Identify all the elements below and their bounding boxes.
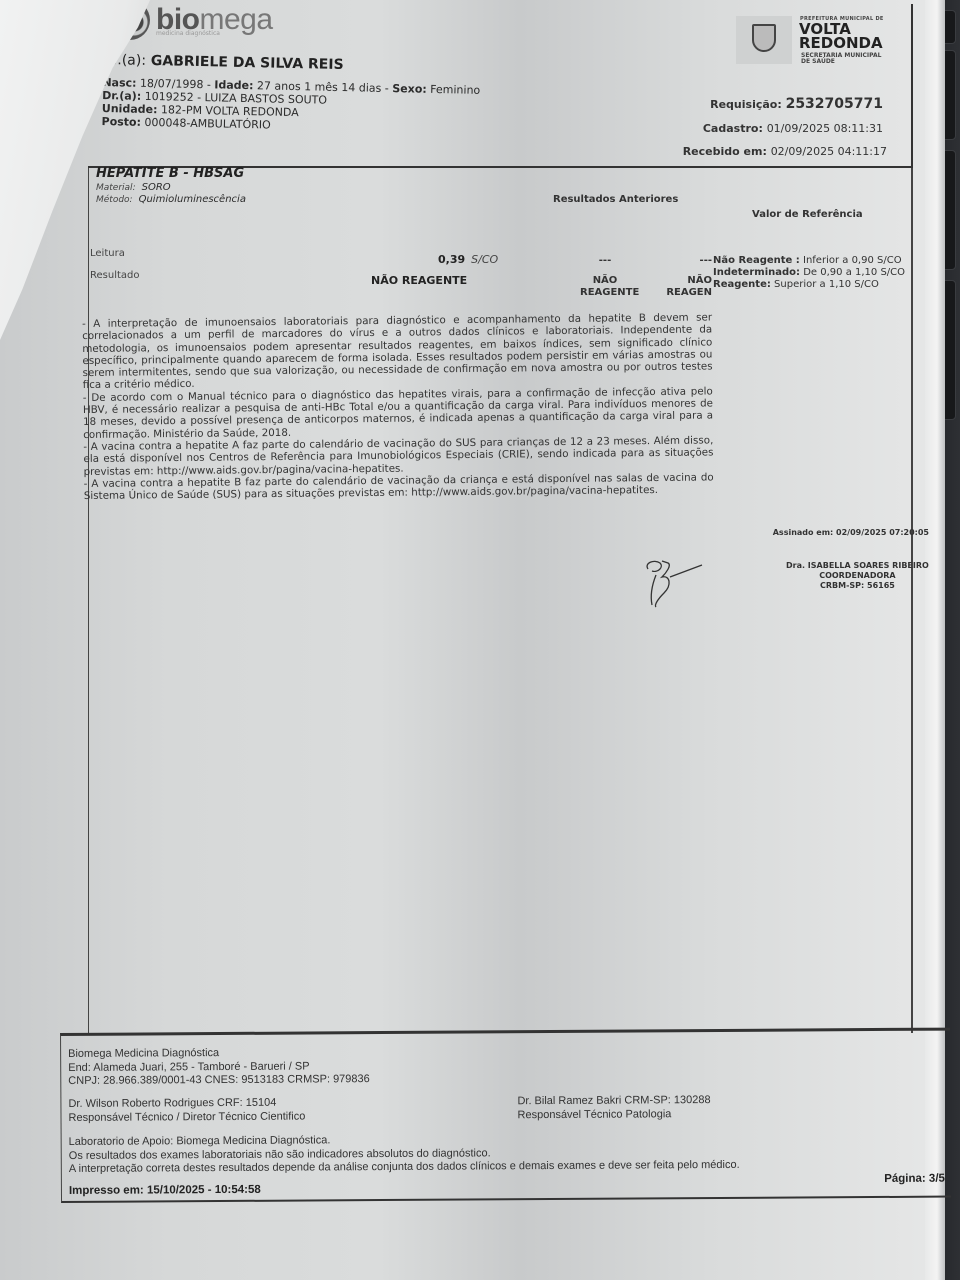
- reference-value: De 0,90 a 1,10 S/CO: [803, 267, 905, 278]
- doctor-role: COORDENADORA: [786, 571, 929, 581]
- previous-reading-1: ---: [580, 255, 630, 267]
- reading-number: 0,39: [438, 253, 465, 266]
- handwritten-signature-icon: [640, 555, 710, 611]
- responsible-1-role: Responsável Técnico / Diretor Técnico Ci…: [68, 1110, 305, 1125]
- note-paragraph: - De acordo com o Manual técnico para o …: [83, 385, 713, 441]
- method-value: Quimioluminescência: [139, 194, 246, 205]
- disclaimers: Laboratorio de Apoio: Biomega Medicina D…: [69, 1132, 740, 1177]
- responsible-1: Dr. Wilson Roberto Rodrigues CRF: 15104 …: [68, 1097, 305, 1125]
- footer: Biomega Medicina Diagnóstica End: Alamed…: [60, 1028, 951, 1203]
- note-paragraph: - A interpretação de imunoensaios labora…: [82, 311, 713, 391]
- logo-subtitle: medicina diagnóstica: [156, 30, 220, 37]
- registration-value: 01/09/2025 08:11:31: [767, 122, 883, 135]
- lab-report-page: biomega medicina diagnóstica Sr.(a): GAB…: [0, 0, 945, 1280]
- responsible-2-role: Responsável Técnico Patologia: [517, 1108, 710, 1123]
- reading-label: Leitura: [90, 248, 125, 259]
- result-value: NÃO REAGENTE: [371, 274, 467, 287]
- nasc-value: 18/07/1998: [140, 77, 204, 91]
- doctor-registration: CRBM-SP: 56165: [786, 581, 929, 591]
- reference-row: Indeterminado: De 0,90 a 1,10 S/CO: [713, 267, 905, 279]
- posto-value: 000048-AMBULATÓRIO: [144, 116, 271, 132]
- requisition-label: Requisição:: [710, 98, 782, 111]
- reference-label: Não Reagente :: [713, 255, 800, 266]
- previous-result-1-line2: REAGENTE: [580, 287, 630, 299]
- signed-timestamp: Assinado em: 02/09/2025 07:20:05: [773, 528, 929, 537]
- exam-title: HEPATITE B - HBSAG: [96, 166, 244, 181]
- material-value: SORO: [142, 182, 171, 193]
- method-label: Método:: [96, 195, 133, 205]
- disclaimer-2: A interpretação correta destes resultado…: [69, 1159, 740, 1177]
- doctor-name: Dra. ISABELLA SOARES RIBEIRO: [786, 561, 929, 571]
- printed-timestamp: Impresso em: 15/10/2025 - 10:54:58: [69, 1184, 261, 1199]
- requisition-value: 2532705771: [786, 96, 883, 112]
- previous-result-2-line2: REAGEN: [662, 287, 712, 299]
- previous-result-2-line1: NÃO: [662, 275, 712, 287]
- sexo-label: Sexo:: [392, 82, 427, 96]
- previous-result-1-line1: NÃO: [580, 275, 630, 287]
- previous-results-header: Resultados Anteriores: [553, 194, 678, 205]
- signing-doctor: Dra. ISABELLA SOARES RIBEIRO COORDENADOR…: [786, 561, 929, 591]
- previous-result-1: --- NÃO REAGENTE: [580, 255, 630, 299]
- municipality-line2: REDONDA: [799, 36, 883, 50]
- reading-unit: S/CO: [471, 253, 498, 266]
- previous-reading-2: ---: [662, 255, 712, 267]
- health-secretariat: SECRETARIA MUNICIPAL DE SAÚDE: [801, 53, 881, 65]
- reference-values: Não Reagente : Inferior a 0,90 S/CO Inde…: [713, 255, 905, 291]
- municipality-name: VOLTA REDONDA: [799, 22, 883, 50]
- received-label: Recebido em:: [683, 145, 767, 158]
- reference-header: Valor de Referência: [752, 209, 863, 220]
- received-value: 02/09/2025 04:11:17: [771, 145, 887, 158]
- page-number: Página: 3/5: [884, 1173, 945, 1187]
- result-label: Resultado: [90, 270, 140, 281]
- idade-label: Idade:: [214, 78, 253, 92]
- material-label: Material:: [96, 183, 136, 193]
- reference-value: Inferior a 0,90 S/CO: [803, 255, 902, 266]
- reference-value: Superior a 1,10 S/CO: [774, 279, 879, 290]
- posto-label: Posto:: [101, 115, 141, 129]
- reference-label: Reagente:: [713, 279, 771, 290]
- responsible-1-name: Dr. Wilson Roberto Rodrigues CRF: 15104: [68, 1097, 305, 1112]
- company-ids: CNPJ: 28.966.389/0001-43 CNES: 9513183 C…: [68, 1073, 370, 1088]
- secretariat-line2: DE SAÚDE: [801, 59, 881, 65]
- company-info: Biomega Medicina Diagnóstica End: Alamed…: [68, 1046, 370, 1088]
- reference-row: Reagente: Superior a 1,10 S/CO: [713, 279, 905, 291]
- registration: Cadastro: 01/09/2025 08:11:31: [703, 122, 883, 135]
- exam-box: [88, 168, 913, 1033]
- previous-result-2: --- NÃO REAGEN: [662, 255, 712, 299]
- registration-label: Cadastro:: [703, 122, 763, 135]
- crest-shield: [752, 24, 776, 52]
- patient-info: Nasc: 18/07/1998 - Idade: 27 anos 1 mês …: [101, 76, 480, 136]
- material-row: Material:SORO: [96, 182, 246, 194]
- interpretation-notes: - A interpretação de imunoensaios labora…: [82, 311, 714, 502]
- reference-row: Não Reagente : Inferior a 0,90 S/CO: [713, 255, 905, 267]
- requisition: Requisição: 2532705771: [710, 96, 883, 112]
- reading-value: 0,39S/CO: [438, 253, 498, 266]
- reference-label: Indeterminado:: [713, 267, 800, 278]
- responsible-2: Dr. Bilal Ramez Bakri CRM-SP: 130288 Res…: [517, 1094, 710, 1122]
- sexo-value: Feminino: [430, 83, 480, 97]
- city-crest-icon: [736, 16, 792, 64]
- exam-meta: Material:SORO Método:Quimioluminescência: [96, 182, 246, 206]
- received: Recebido em: 02/09/2025 04:11:17: [683, 145, 887, 158]
- unidade-label: Unidade:: [102, 102, 158, 116]
- method-row: Método:Quimioluminescência: [96, 194, 246, 206]
- dr-label: Dr.(a):: [102, 89, 141, 103]
- responsible-2-name: Dr. Bilal Ramez Bakri CRM-SP: 130288: [517, 1094, 710, 1109]
